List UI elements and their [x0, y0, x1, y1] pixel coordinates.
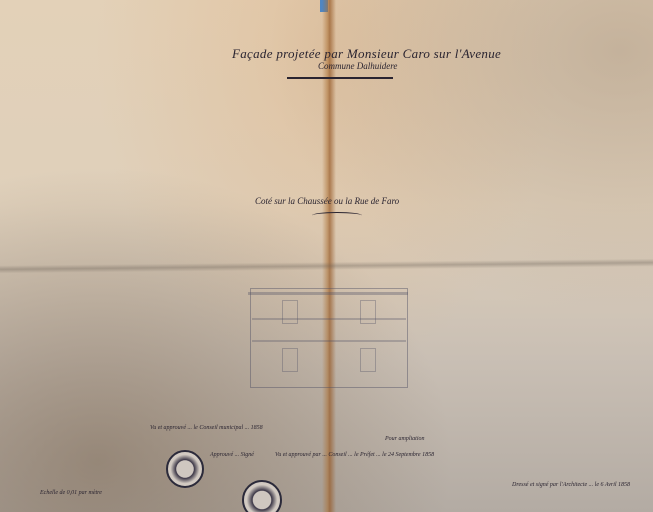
ampliation-note: Pour ampliation: [385, 436, 425, 442]
window: [282, 348, 298, 372]
window: [360, 300, 376, 324]
drawing-title: Façade projetée par Monsieur Caro sur l'…: [232, 46, 501, 62]
facade-elevation: [250, 288, 408, 388]
official-stamp: [166, 450, 204, 488]
scanned-drawing-sheet: Façade projetée par Monsieur Caro sur l'…: [0, 0, 653, 512]
architect-note: Dressé et signé par l'Architecte ... le …: [512, 482, 630, 488]
drawing-subtitle: Commune Dalhuidere: [318, 61, 397, 71]
elevation-caption: Coté sur la Chaussée ou la Rue de Faro: [255, 196, 399, 206]
scale-note: Echelle de 0,01 par mètre: [40, 490, 102, 496]
floor-line-2: [252, 340, 406, 342]
center-approval-note: Vu et approuvé par ... Conseil ... le Pr…: [275, 452, 434, 458]
window: [360, 348, 376, 372]
official-stamp: [242, 480, 282, 512]
left-approval-note: Vu et approuvé ... le Conseil municipal …: [150, 425, 263, 431]
floor-line-1: [252, 318, 406, 320]
window: [282, 300, 298, 324]
title-underline: [287, 77, 393, 79]
left-signature: Approuvé ... Signé: [210, 452, 254, 458]
caption-flourish: [312, 212, 362, 219]
